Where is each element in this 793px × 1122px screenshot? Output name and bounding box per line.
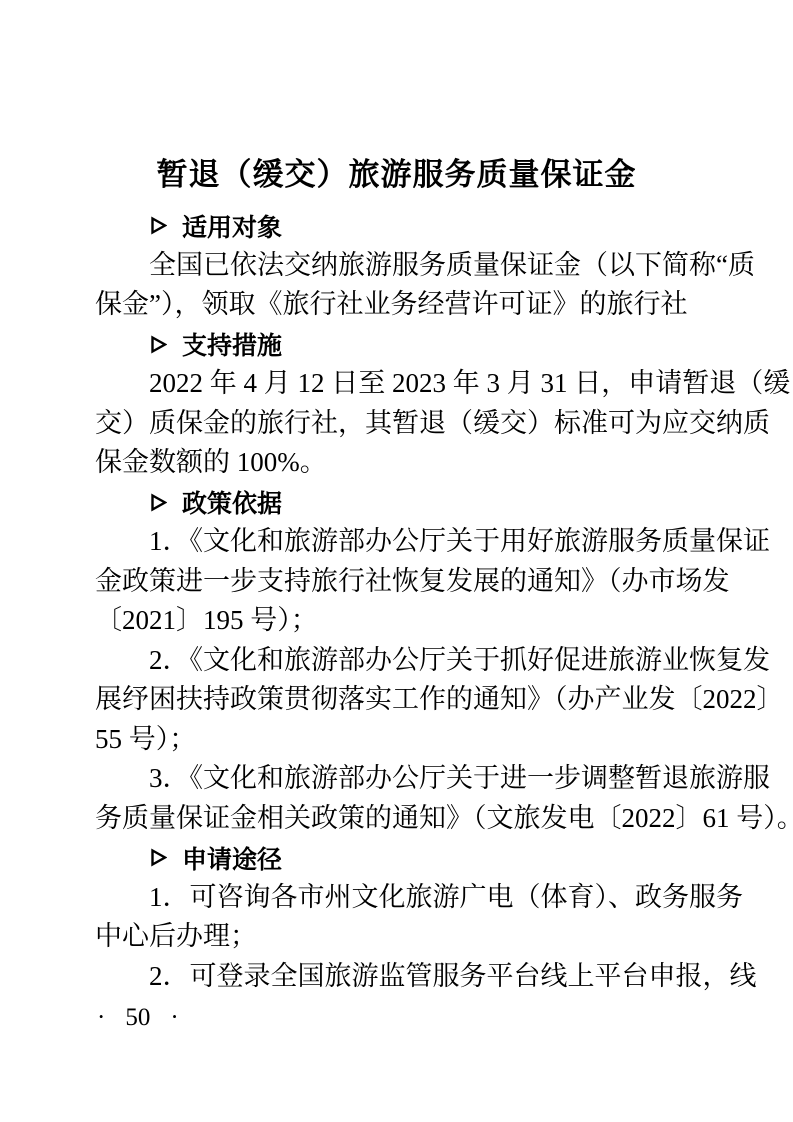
arrowhead-right-icon: [150, 335, 167, 354]
footer-dot: ·: [97, 1004, 105, 1032]
document-page: 暂退（缓交）旅游服务质量保证金 适用对象 全国已依法交纳旅游服务质量保证金（以下…: [0, 0, 793, 1122]
body-line: 1．《文化和旅游部办公厅关于用好旅游服务质量保证: [95, 522, 709, 562]
body-line: 交）质保金的旅行社，其暂退（缓交）标准可为应交纳质: [95, 404, 709, 444]
section-heading-label: 支持措施: [182, 326, 282, 362]
section-heading-audience: 适用对象: [95, 206, 709, 246]
body-line: 2．《文化和旅游部办公厅关于抓好促进旅游业恢复发: [95, 641, 709, 681]
body-line: 展纾困扶持政策贯彻落实工作的通知》（办产业发〔2022〕: [95, 680, 709, 720]
body-line: 全国已依法交纳旅游服务质量保证金（以下简称“质: [95, 246, 709, 286]
section-heading-policy: 政策依据: [95, 483, 709, 523]
section-heading-measures: 支持措施: [95, 325, 709, 365]
body-line: 1．可咨询各市州文化旅游广电（体育）、政务服务: [95, 878, 709, 918]
body-line: 中心后办理；: [95, 917, 709, 957]
section-heading-label: 申请途径: [182, 840, 282, 876]
arrowhead-right-icon: [150, 493, 167, 512]
page-number: 50: [125, 1004, 150, 1032]
body-line: 务质量保证金相关政策的通知》（文旅发电〔2022〕61 号）。: [95, 799, 709, 839]
section-heading-channels: 申请途径: [95, 838, 709, 878]
page-title: 暂退（缓交）旅游服务质量保证金: [0, 149, 793, 194]
document-body: 适用对象 全国已依法交纳旅游服务质量保证金（以下简称“质 保金”），领取《旅行社…: [95, 206, 709, 996]
footer-dot: ·: [170, 1004, 178, 1032]
page-footer: · 50 ·: [97, 1004, 179, 1032]
body-line: 〔2021〕195 号）；: [95, 601, 709, 641]
body-line: 3．《文化和旅游部办公厅关于进一步调整暂退旅游服: [95, 759, 709, 799]
body-line: 2．可登录全国旅游监管服务平台线上平台申报，线: [95, 957, 709, 997]
body-line: 保金”），领取《旅行社业务经营许可证》的旅行社: [95, 285, 709, 325]
arrowhead-right-icon: [150, 216, 167, 235]
body-line: 2022 年 4 月 12 日至 2023 年 3 月 31 日，申请暂退（缓: [95, 364, 709, 404]
body-line: 金政策进一步支持旅行社恢复发展的通知》（办市场发: [95, 562, 709, 602]
body-line: 保金数额的 100%。: [95, 443, 709, 483]
section-heading-label: 适用对象: [182, 208, 282, 244]
section-heading-label: 政策依据: [182, 484, 282, 520]
arrowhead-right-icon: [150, 848, 167, 867]
body-line: 55 号）；: [95, 720, 709, 760]
